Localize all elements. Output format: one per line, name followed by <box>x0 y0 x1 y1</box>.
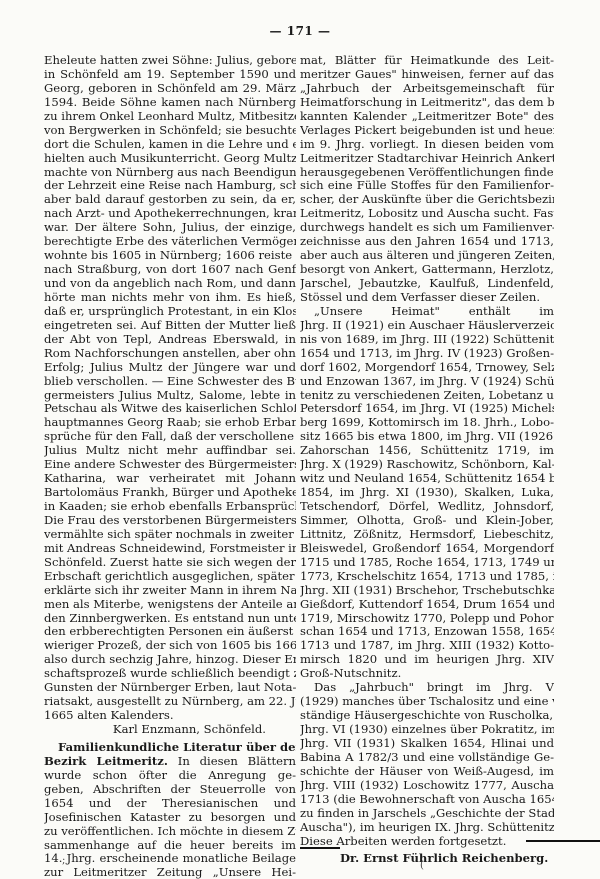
text-line: machte von Nürnberg aus nach Beendigung <box>44 166 296 180</box>
text-line: Erfolg; Julius Multz der Jüngere war und <box>44 361 296 375</box>
text-line: den erbberechtigten Personen ein äußerst… <box>44 625 296 639</box>
text-line: 1654 und der Theresianischen und <box>44 797 296 811</box>
paragraph-literature-intro: wurde schon öfter die Anregung ge-geben,… <box>44 769 296 879</box>
text-line: Gießdorf, Kuttendorf 1654, Drum 1654 und <box>300 598 554 612</box>
text-line: Jhrg. II (1921) ein Auschaer Häuslerverz… <box>300 319 554 333</box>
text-line: wurde schon öfter die Anregung ge- <box>44 769 296 783</box>
text-line: war. Der ältere Sohn, Julius, der einzig… <box>44 221 296 235</box>
text-line: (1929) manches über Tschalositz und eine… <box>300 695 554 709</box>
text-line: der Abt von Tepl, Andreas Eberswald, in <box>44 333 296 347</box>
text-line: mat, Blätter für Heimatkunde des Leit- <box>300 54 554 68</box>
text-line: 1594. Beide Söhne kamen nach Nürnberg <box>44 96 296 110</box>
section-intro-text: In diesen Blättern <box>178 755 296 768</box>
text-line: zu veröffentlichen. Ich möchte in diesem… <box>44 825 296 839</box>
section-heading-line2: Bezirk Leitmeritz. In diesen Blättern <box>44 755 296 769</box>
text-line: besorgt von Ankert, Gattermann, Herzlotz… <box>300 263 554 277</box>
text-line: Jhrg. VII (1931) Skalken 1654, Hlinai un… <box>300 737 554 751</box>
text-line: 1854, im Jhrg. XI (1930), Skalken, Luka, <box>300 486 554 500</box>
text-line: wieriger Prozeß, der sich von 1605 bis 1… <box>44 639 296 653</box>
text-line: Das „Jahrbuch" bringt im Jhrg. V <box>300 681 554 695</box>
text-line: nis von 1689, im Jhrg. III (1922) Schütt… <box>300 333 554 347</box>
text-line: Verlages Pickert beigebunden ist und heu… <box>300 124 554 138</box>
text-line: Jarschel, Jebautzke, Kaulfuß, Lindenfeld… <box>300 277 554 291</box>
text-line: den Zinnbergwerken. Es entstand nun unte… <box>44 612 296 626</box>
text-line: 1665 alten Kalenders. <box>44 709 296 723</box>
text-line: zur Leitmeritzer Zeitung „Unsere Hei- <box>44 866 296 879</box>
text-line: Jhrg. VIII (1932) Loschowitz 1777, Ausch… <box>300 779 554 793</box>
text-line: Schönfeld. Zuerst hatte sie sich wegen d… <box>44 556 296 570</box>
text-line: Stössel und dem Verfasser dieser Zeilen. <box>300 291 554 305</box>
text-line: Zahorschan 1456, Schüttenitz 1719, im <box>300 444 554 458</box>
right-column: mat, Blätter für Heimatkunde des Leit-me… <box>300 54 554 866</box>
text-line: Georg, geboren in Schönfeld am 29. März <box>44 82 296 96</box>
text-line: Leitmeritz, Lobositz und Auscha sucht. F… <box>300 207 554 221</box>
text-line: Leitmeritzer Stadtarchivar Heinrich Anke… <box>300 152 554 166</box>
text-line: tenitz zu verschiedenen Zeiten, Lobetanz… <box>300 389 554 403</box>
text-line: schan 1654 und 1713, Enzowan 1558, 1654, <box>300 625 554 639</box>
text-line: Julius Multz nicht mehr auffindbar sei. <box>44 444 296 458</box>
text-line: erklärte sich ihr zweiter Mann in ihrem … <box>44 584 296 598</box>
text-line: sitz 1665 bis etwa 1800, im Jhrg. VII (1… <box>300 430 554 444</box>
text-line: Jhrg. XII (1931) Brschehor, Trschebutsch… <box>300 584 554 598</box>
text-line: Rom Nachforschungen anstellen, aber ohne <box>44 347 296 361</box>
paragraph-heimat-references: mat, Blätter für Heimatkunde des Leit-me… <box>300 54 554 305</box>
text-line: 1713 (die Bewohnerschaft von Auscha 1654… <box>300 793 554 807</box>
print-speck: ; <box>62 855 65 866</box>
text-line: Eine andere Schwester des Bürgermeisters… <box>44 458 296 472</box>
text-line: dort die Schulen, kamen in die Lehre und… <box>44 138 296 152</box>
text-line: sich eine Fülle Stoffes für den Familien… <box>300 179 554 193</box>
text-line: sprüche für den Fall, daß der verscholle… <box>44 430 296 444</box>
text-line: Petersdorf 1654, im Jhrg. VI (1925) Mich… <box>300 402 554 416</box>
text-line: in Kaaden; sie erhob ebenfalls Erbansprü… <box>44 500 296 514</box>
text-line: berg 1699, Kottomirsch im 18. Jhrh., Lob… <box>300 416 554 430</box>
text-line: zu finden in Jarschels „Geschichte der S… <box>300 807 554 821</box>
text-line: von Bergwerken in Schönfeld; sie besucht… <box>44 124 296 138</box>
text-line: aber bald darauf gestorben zu sein, da e… <box>44 193 296 207</box>
text-line: geben, Abschriften der Steuerrolle von <box>44 783 296 797</box>
text-line: Die Frau des verstorbenen Bürgermeisters <box>44 514 296 528</box>
text-line: Tetschendorf, Dörfel, Wedlitz, Johnsdorf… <box>300 500 554 514</box>
text-line: 14. Jhrg. erscheinende monatliche Beilag… <box>44 852 296 866</box>
text-line: 1715 und 1785, Roche 1654, 1713, 1749 un… <box>300 556 554 570</box>
text-line: Bleiswedel, Großendorf 1654, Morgendorf <box>300 542 554 556</box>
text-line: Heimatforschung in Leitmeritz", das dem … <box>300 96 554 110</box>
text-line: Jhrg. X (1929) Raschowitz, Schönborn, Ka… <box>300 458 554 472</box>
text-line: im 9. Jhrg. vorliegt. In diesen beiden v… <box>300 138 554 152</box>
section-heading-district: Bezirk Leitmeritz. <box>44 755 168 768</box>
text-line: durchwegs handelt es sich um Familienver… <box>300 221 554 235</box>
text-line: der Lehrzeit eine Reise nach Hamburg, sc… <box>44 179 296 193</box>
column-end-rule-right <box>300 847 340 849</box>
text-line: Eheleute hatten zwei Söhne: Julius, gebo… <box>44 54 296 68</box>
column-end-rule-left <box>526 840 600 842</box>
page-number: — 171 — <box>0 24 600 38</box>
paragraph-jahrbuch: Das „Jahrbuch" bringt im Jhrg. V(1929) m… <box>300 681 554 848</box>
text-line: Littnitz, Zößnitz, Hermsdorf, Liebeschit… <box>300 528 554 542</box>
text-line: kannten Kalender „Leitmeritzer Bote" des <box>300 110 554 124</box>
text-line: witz und Neuland 1654, Schüttenitz 1654 … <box>300 472 554 486</box>
text-line: germeisters Julius Multz, Salome, lebte … <box>44 389 296 403</box>
text-line: riatsakt, ausgestellt zu Nürnberg, am 22… <box>44 695 296 709</box>
text-line: Jhrg. VI (1930) einzelnes über Pokratitz… <box>300 723 554 737</box>
text-line: 1713 und 1787, im Jhrg. XIII (1932) Kott… <box>300 639 554 653</box>
text-line: 1773, Krschelschitz 1654, 1713 und 1785,… <box>300 570 554 584</box>
text-line: in Schönfeld am 19. September 1590 und <box>44 68 296 82</box>
text-line: zeichnisse aus den Jahren 1654 und 1713, <box>300 235 554 249</box>
text-line: Josefinischen Kataster zu besorgen und <box>44 811 296 825</box>
text-line: und von da angeblich nach Rom, und dann <box>44 277 296 291</box>
text-line: sammenhange auf die heuer bereits im <box>44 839 296 853</box>
text-line: hörte man nichts mehr von ihm. Es hieß, <box>44 291 296 305</box>
text-line: schaftsprozeß wurde schließlich beendigt… <box>44 667 296 681</box>
text-line: aber auch aus älteren und jüngeren Zeite… <box>300 249 554 263</box>
left-column: Eheleute hatten zwei Söhne: Julius, gebo… <box>44 54 296 879</box>
text-line: eingetreten sei. Auf Bitten der Mutter l… <box>44 319 296 333</box>
text-line: Gunsten der Nürnberger Erben, laut Nota- <box>44 681 296 695</box>
text-line: dorf 1602, Morgendorf 1654, Trnowey, Sel… <box>300 361 554 375</box>
print-speck: ( <box>420 860 424 871</box>
text-line: daß er, ursprünglich Protestant, in ein … <box>44 305 296 319</box>
section-heading: Familienkundliche Literatur über den <box>44 741 296 755</box>
text-line: Auscha"), im heurigen IX. Jhrg. Schütten… <box>300 821 554 835</box>
text-line: und Enzowan 1367, im Jhrg. V (1924) Schü… <box>300 375 554 389</box>
text-line: hielten auch Musikunterricht. Georg Mult… <box>44 152 296 166</box>
text-line: vermählte sich später nochmals in zweite… <box>44 528 296 542</box>
signature-ernst-fuhrlich: Dr. Ernst Führlich Reichenberg. <box>300 852 554 866</box>
paragraph-family-history: Eheleute hatten zwei Söhne: Julius, gebo… <box>44 54 296 723</box>
text-line: schichte der Häuser von Weiß-Augesd, im <box>300 765 554 779</box>
text-line: Petschau als Witwe des kaiserlichen Schl… <box>44 402 296 416</box>
text-line: also durch sechzig Jahre, hinzog. Dieser… <box>44 653 296 667</box>
text-line: Groß-Nutschnitz. <box>300 667 554 681</box>
text-line: wohnte bis 1605 in Nürnberg; 1606 reiste… <box>44 249 296 263</box>
text-line: „Unsere Heimat" enthält im <box>300 305 554 319</box>
text-line: 1719, Mirschowitz 1770, Polepp und Pohor… <box>300 612 554 626</box>
text-line: 1654 und 1713, im Jhrg. IV (1923) Großen… <box>300 347 554 361</box>
text-line: Katharina, war verheiratet mit Johann <box>44 472 296 486</box>
text-line: meritzer Gaues" hinweisen, ferner auf da… <box>300 68 554 82</box>
text-line: hauptmannes Georg Raab; sie erhob Erban- <box>44 416 296 430</box>
text-line: nach Arzt- und Apothekerrechnungen, kran… <box>44 207 296 221</box>
text-line: blieb verschollen. — Eine Schwester des … <box>44 375 296 389</box>
text-line: Simmer, Olhotta, Groß- und Klein-Jober, <box>300 514 554 528</box>
text-line: ständige Häusergeschichte von Ruscholka,… <box>300 709 554 723</box>
text-line: berechtigte Erbe des väterlichen Vermöge… <box>44 235 296 249</box>
signature-karl-enzmann: Karl Enzmann, Schönfeld. <box>44 723 296 737</box>
text-line: scher, der Auskünfte über die Gerichtsbe… <box>300 193 554 207</box>
text-line: mirsch 1820 und im heurigen Jhrg. XIV <box>300 653 554 667</box>
text-line: men als Miterbe, wenigstens der Anteile … <box>44 598 296 612</box>
text-line: Babina A 1782/3 und eine vollständige Ge… <box>300 751 554 765</box>
text-line: „Jahrbuch der Arbeitsgemeinschaft für <box>300 82 554 96</box>
text-line: Erbschaft gerichtlich ausgeglichen, spät… <box>44 570 296 584</box>
paragraph-unsere-heimat: „Unsere Heimat" enthält imJhrg. II (1921… <box>300 305 554 681</box>
text-line: herausgegebenen Veröffentlichungen finde… <box>300 166 554 180</box>
text-line: nach Straßburg, von dort 1607 nach Genf <box>44 263 296 277</box>
text-line: mit Andreas Schneidewind, Forstmeister i… <box>44 542 296 556</box>
text-line: zu ihrem Onkel Leonhard Multz, Mitbesitz… <box>44 110 296 124</box>
text-line: Bartolomäus Frankh, Bürger und Apotheker <box>44 486 296 500</box>
